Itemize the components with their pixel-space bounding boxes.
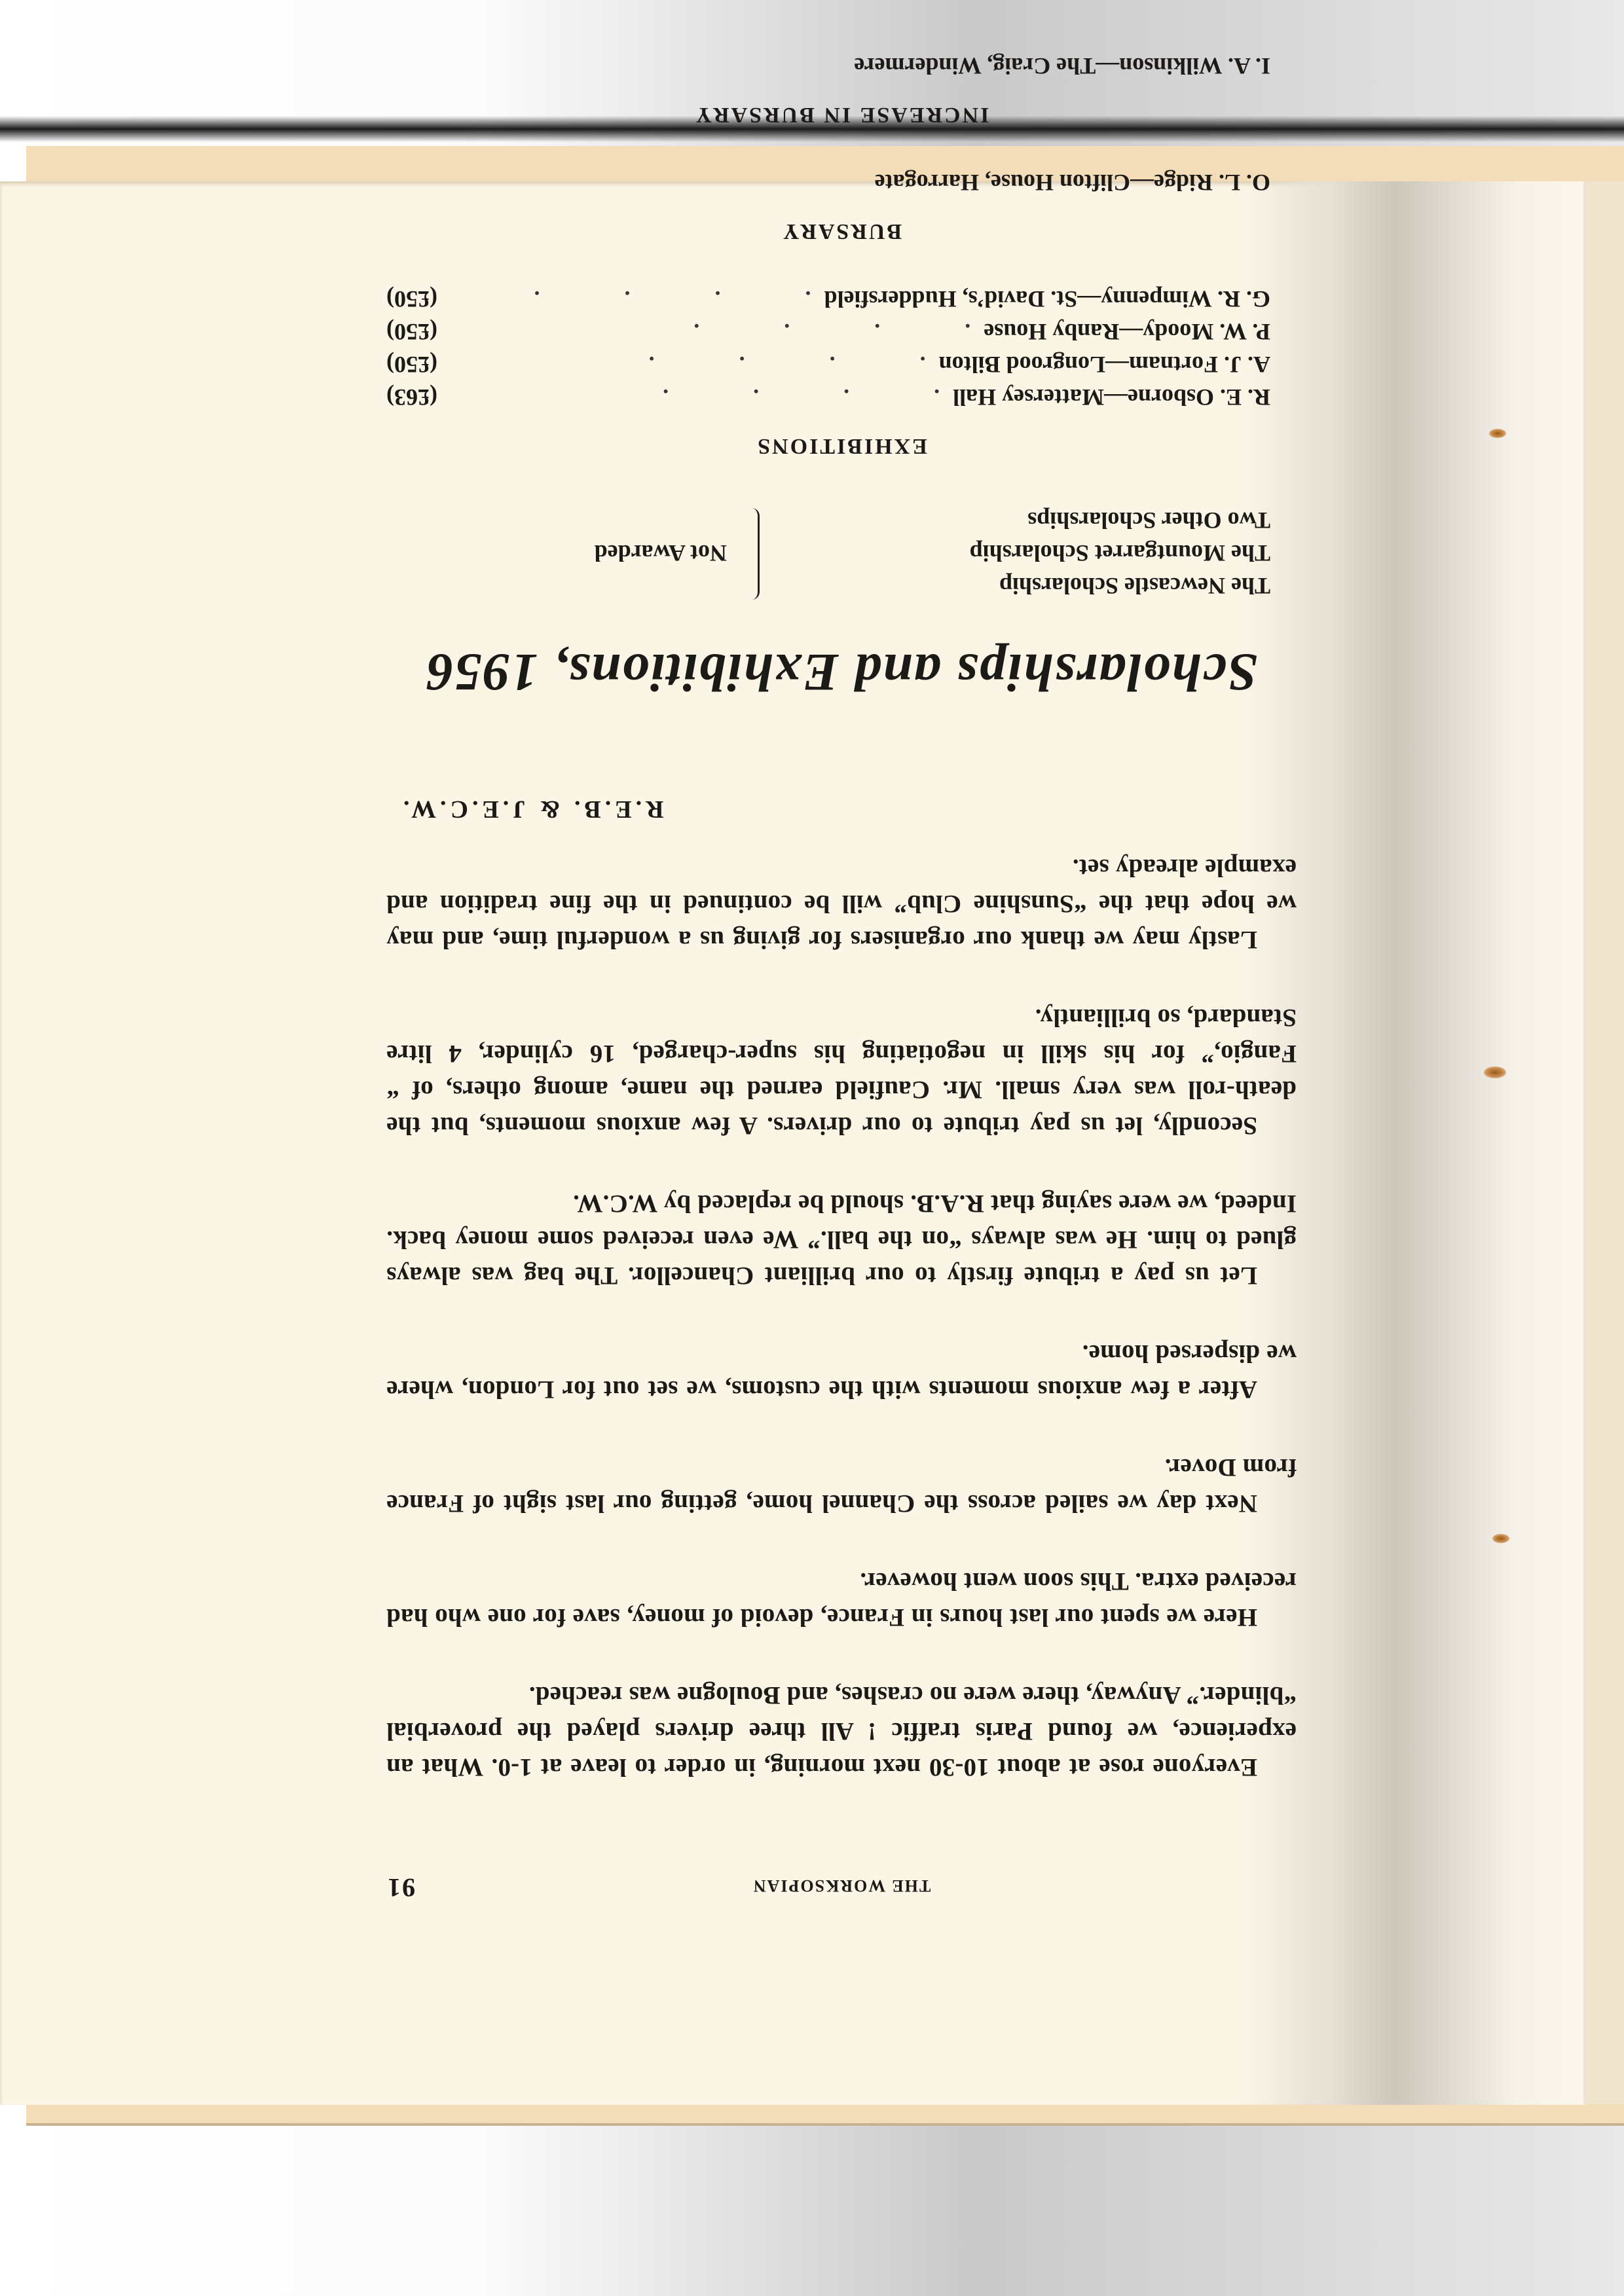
paragraph: Everyone rose at about 10-30 next mornin… xyxy=(386,1677,1297,1785)
leader-dots: . . . . xyxy=(478,348,939,381)
journal-title: THE WORKSOPIAN xyxy=(386,1876,1297,1895)
bursary-recipient: O. L. Ridge—Clifton House, Harrogate xyxy=(386,166,1297,199)
paragraph: Secondly, let us pay tribute to our driv… xyxy=(386,1000,1297,1144)
running-head: THE WORKSOPIAN 91 xyxy=(386,1864,1297,1903)
increase-in-bursary-heading: INCREASE IN BURSARY xyxy=(386,102,1297,127)
foxing-stain xyxy=(1489,429,1506,438)
leader-dots: . . . . xyxy=(478,381,953,414)
exhibition-name: R. E. Osborne—Mattersey Hall xyxy=(953,381,1270,414)
scholarship-item: Two Other Scholarships xyxy=(970,504,1270,537)
exhibition-name: G. R. Wimpenny—St. David’s, Huddersfield xyxy=(824,283,1270,316)
exhibition-row: R. E. Osborne—Mattersey Hall . . . . (£6… xyxy=(386,381,1297,414)
brace-icon xyxy=(750,508,760,600)
foxing-stain xyxy=(1484,1066,1506,1078)
exhibition-amount: (£50) xyxy=(386,316,478,348)
scholarship-status: Not Awarded xyxy=(595,537,727,570)
scholarship-item: The Mountgarret Scholarship xyxy=(970,537,1270,570)
exhibition-amount: (£50) xyxy=(386,348,478,381)
paragraph: After a few anxious moments with the cus… xyxy=(386,1336,1297,1408)
scholarship-item: The Newcastle Scholarship xyxy=(970,570,1270,602)
cover-edge xyxy=(1583,181,1624,2105)
exhibition-row: A. J. Fortnam—Longrood Bilton . . . . (£… xyxy=(386,348,1297,381)
foxing-stain xyxy=(1492,1534,1509,1543)
scanned-page-rotated: THE WORKSOPIAN 91 Everyone rose at about… xyxy=(0,0,1624,2296)
exhibition-row: P. W. Moody—Ranby House . . . . (£50) xyxy=(386,316,1297,348)
exhibition-row: G. R. Wimpenny—St. David’s, Huddersfield… xyxy=(386,283,1297,316)
paragraph: Lastly may we thank our organisers for g… xyxy=(386,850,1297,958)
increase-in-bursary-recipient: I. A. Wilkinson—The Craig, Windermere xyxy=(386,50,1297,82)
exhibition-amount: (£50) xyxy=(386,283,478,316)
paragraph: Let us pay a tribute firstly to our bril… xyxy=(386,1186,1297,1294)
exhibitions-list: R. E. Osborne—Mattersey Hall . . . . (£6… xyxy=(386,283,1297,414)
exhibition-amount: (£63) xyxy=(386,381,478,414)
section-title: Scholarships and Exhibitions, 1956 xyxy=(386,642,1297,703)
leader-dots: . . . . xyxy=(478,316,984,348)
author-signature: R.E.B. & J.E.C.W. xyxy=(399,795,1297,824)
bursary-heading: BURSARY xyxy=(386,219,1297,244)
paragraph: Here we spent our last hours in France, … xyxy=(386,1563,1297,1635)
exhibitions-heading: EXHIBITIONS xyxy=(386,433,1297,458)
leader-dots: . . . . xyxy=(478,283,824,316)
page-content: THE WORKSOPIAN 91 Everyone rose at about… xyxy=(386,50,1297,1903)
paragraph: Next day we sailed across the Channel ho… xyxy=(386,1449,1297,1522)
page-number: 91 xyxy=(386,1872,415,1903)
exhibition-name: P. W. Moody—Ranby House xyxy=(984,316,1270,348)
exhibition-name: A. J. Fortnam—Longrood Bilton xyxy=(939,348,1270,381)
scholarships-list: The Newcastle Scholarship The Mountgarre… xyxy=(386,498,1297,602)
